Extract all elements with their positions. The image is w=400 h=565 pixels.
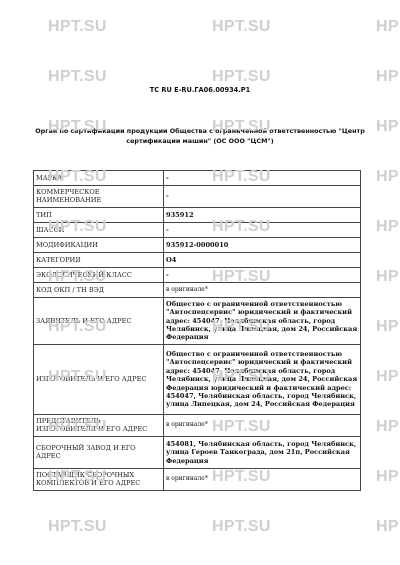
watermark: HP: [376, 68, 399, 86]
row-value: -: [164, 171, 361, 186]
row-value: -: [164, 222, 361, 237]
watermark: HPT.SU: [48, 68, 107, 86]
row-label: КОММЕРЧЕСКОЕ НАИМЕНОВАНИЕ: [34, 186, 164, 208]
row-value: Общество с ограниченной ответственностью…: [164, 297, 361, 344]
row-label: КАТЕГОРИЯ: [34, 252, 164, 267]
table-row: ШАССИ -: [34, 222, 361, 237]
table-row: ЭКОЛОГИЧЕСКИЙ КЛАСС -: [34, 267, 361, 282]
table-row: МОДИФИКАЦИИ 935912-0000010: [34, 237, 361, 252]
certificate-number: TC RU E-RU.ГА06.00934.Р1: [0, 86, 400, 94]
watermark: HP: [376, 418, 399, 436]
row-label: ЭКОЛОГИЧЕСКИЙ КЛАСС: [34, 267, 164, 282]
row-value: в оригинале*: [164, 282, 361, 297]
watermark: HP: [376, 218, 399, 236]
specification-table: МАРКА - КОММЕРЧЕСКОЕ НАИМЕНОВАНИЕ - ТИП …: [33, 170, 361, 491]
watermark: HPT.SU: [212, 68, 271, 86]
table-row: ПРЕДСТАВИТЕЛЬ ИЗГОТОВИТЕЛЯ И ЕГО АДРЕС в…: [34, 414, 361, 436]
table-row: МАРКА -: [34, 171, 361, 186]
table-row: КАТЕГОРИЯ O4: [34, 252, 361, 267]
certification-body: Орган по сертификации продукции Общества…: [30, 127, 370, 146]
watermark: HP: [376, 168, 399, 186]
watermark: HPT.SU: [48, 18, 107, 36]
table-row: ТИП 935912: [34, 207, 361, 222]
table-row: ПОСТАВЩИК СБОРОЧНЫХ КОМПЛЕКТОВ И ЕГО АДР…: [34, 468, 361, 490]
table-row: ЗАЯВИТЕЛЬ И ЕГО АДРЕС Общество с огранич…: [34, 297, 361, 344]
row-value: -: [164, 267, 361, 282]
row-label: МОДИФИКАЦИИ: [34, 237, 164, 252]
watermark: HP: [376, 318, 399, 336]
row-value: в оригинале*: [164, 414, 361, 436]
watermark: HP: [376, 268, 399, 286]
row-label: ШАССИ: [34, 222, 164, 237]
row-label: ИЗГОТОВИТЕЛЬ И ЕГО АДРЕС: [34, 344, 164, 414]
row-value: 935912: [164, 207, 361, 222]
row-label: ПРЕДСТАВИТЕЛЬ ИЗГОТОВИТЕЛЯ И ЕГО АДРЕС: [34, 414, 164, 436]
watermark: HPT.SU: [212, 18, 271, 36]
table-row: ИЗГОТОВИТЕЛЬ И ЕГО АДРЕС Общество с огра…: [34, 344, 361, 414]
row-label: ПОСТАВЩИК СБОРОЧНЫХ КОМПЛЕКТОВ И ЕГО АДР…: [34, 468, 164, 490]
table-row: КОД ОКП / ТН ВЭД в оригинале*: [34, 282, 361, 297]
row-label: СБОРОЧНЫЙ ЗАВОД И ЕГО АДРЕС: [34, 436, 164, 468]
watermark: HPT.SU: [212, 518, 271, 536]
watermark: HP: [376, 18, 399, 36]
row-value: Общество с ограниченной ответственностью…: [164, 344, 361, 414]
watermark: HPT.SU: [48, 518, 107, 536]
watermark: HP: [376, 118, 399, 136]
watermark: HP: [376, 518, 399, 536]
table-row: СБОРОЧНЫЙ ЗАВОД И ЕГО АДРЕС 454081, Челя…: [34, 436, 361, 468]
row-value: в оригинале*: [164, 468, 361, 490]
watermark: HP: [376, 368, 399, 386]
watermark: HP: [376, 468, 399, 486]
row-label: ЗАЯВИТЕЛЬ И ЕГО АДРЕС: [34, 297, 164, 344]
row-label: КОД ОКП / ТН ВЭД: [34, 282, 164, 297]
row-label: ТИП: [34, 207, 164, 222]
row-label: МАРКА: [34, 171, 164, 186]
row-value: 935912-0000010: [164, 237, 361, 252]
row-value: 454081, Челябинская область, город Челяб…: [164, 436, 361, 468]
table-row: КОММЕРЧЕСКОЕ НАИМЕНОВАНИЕ -: [34, 186, 361, 208]
row-value: -: [164, 186, 361, 208]
row-value: O4: [164, 252, 361, 267]
